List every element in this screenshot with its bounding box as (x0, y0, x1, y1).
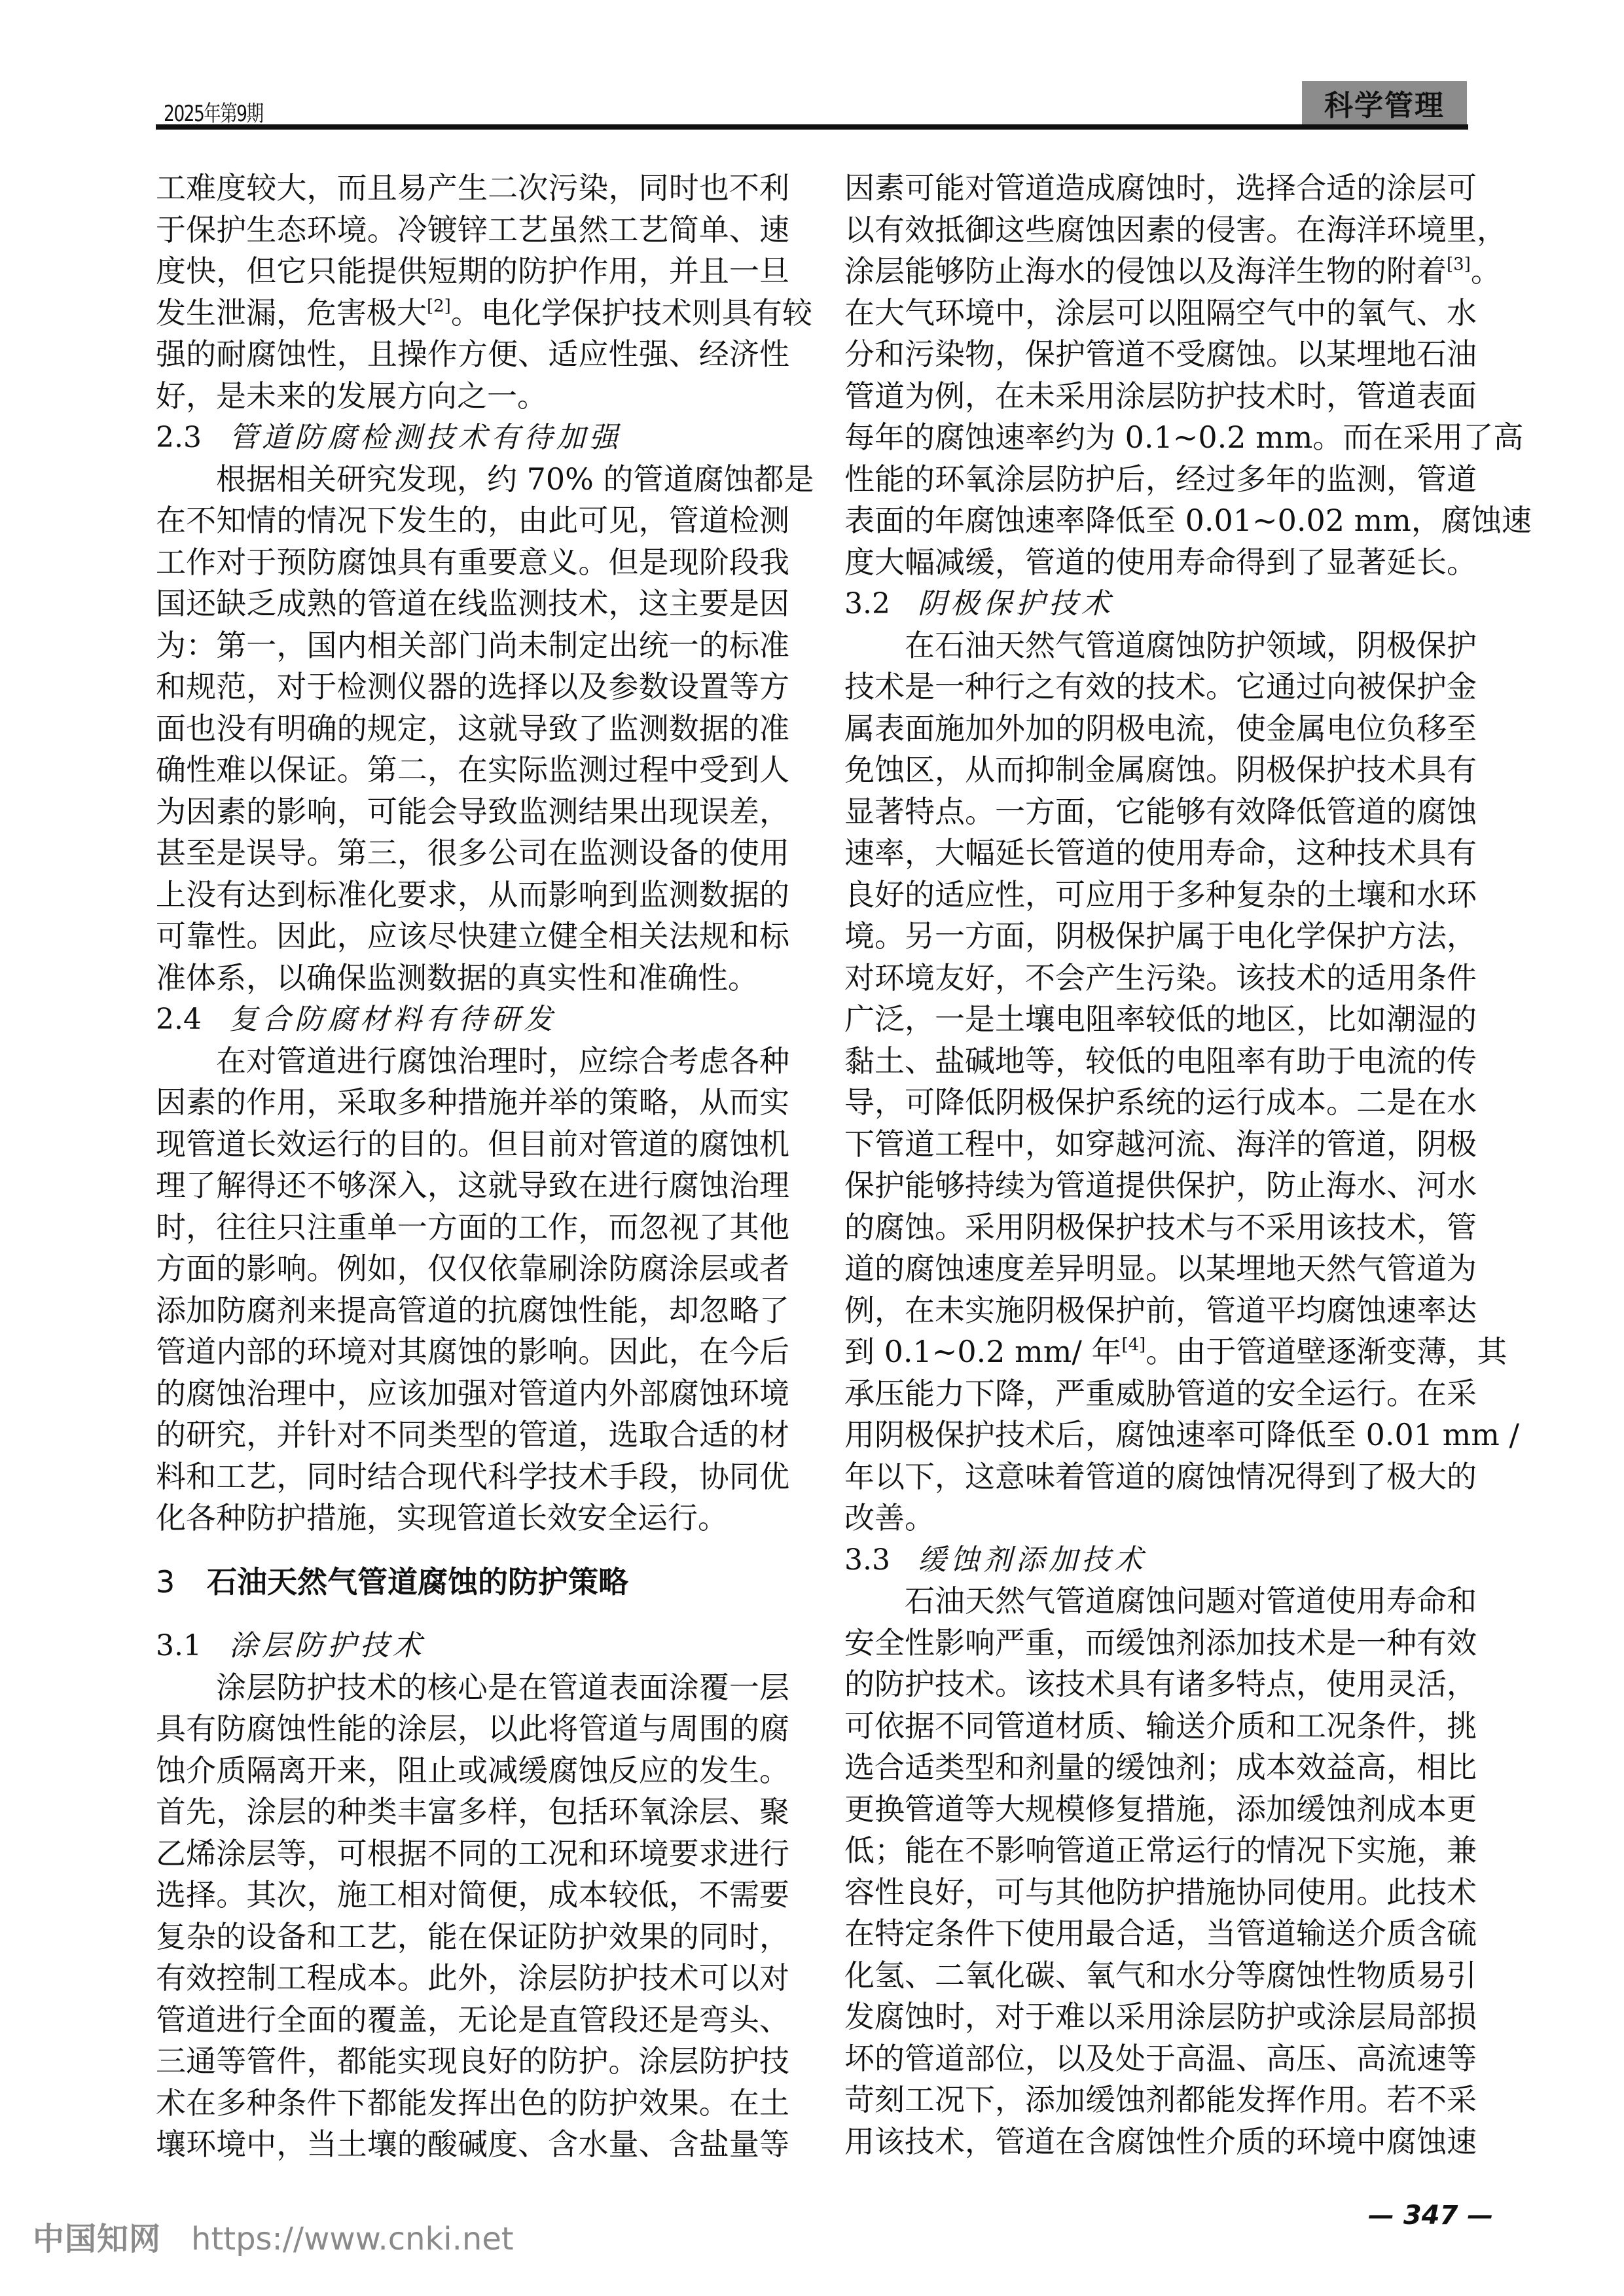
line-text: 因素的作用，采取多种措施并举的策略，从而实 (156, 1085, 789, 1120)
text-line: 因素可能对管道造成腐蚀时，选择合适的涂层可 (844, 168, 1468, 209)
line-text: 在不知情的情况下发生的，由此可见，管道检测 (156, 503, 789, 538)
text-line: 性能的环氧涂层防护后，经过多年的监测，管道 (844, 459, 1468, 501)
text-line: 有效控制工程成本。此外，涂层防护技术可以对 (156, 1958, 789, 2000)
text-line: 承压能力下降，严重威胁管道的安全运行。在采 (844, 1373, 1468, 1415)
spacer (156, 1603, 789, 1625)
line-text: 工难度较大，而且易产生二次污染，同时也不利 (156, 170, 789, 206)
line-text: 首先，涂层的种类丰富多样，包括环氧涂层、聚 (156, 1794, 789, 1829)
line-text: 坏的管道部位，以及处于高温、高压、高流速等 (844, 2041, 1477, 2076)
line-text: 三通等管件，都能实现良好的防护。涂层防护技 (156, 2043, 789, 2079)
line-text: 有效控制工程成本。此外，涂层防护技术可以对 (156, 1960, 789, 1996)
text-line: 表面的年腐蚀速率降低至 0.01~0.02 mm，腐蚀速 (844, 500, 1468, 542)
line-text: 工作对于预防腐蚀具有重要意义。但是现阶段我 (156, 545, 789, 580)
line-text: 管道进行全面的覆盖，无论是直管段还是弯头、 (156, 2002, 789, 2037)
text-line: 在大气环境中，涂层可以阻隔空气中的氧气、水 (844, 293, 1468, 334)
text-line: 度快，但它只能提供短期的防护作用，并且一旦 (156, 251, 789, 293)
line-text: 甚至是误导。第三，很多公司在监测设备的使用 (156, 835, 789, 870)
text-line: 化各种防护措施，实现管道长效安全运行。 (156, 1498, 789, 1539)
line-text: 在对管道进行腐蚀治理时，应综合考虑各种 (216, 1043, 789, 1079)
text-line: 管道内部的环境对其腐蚀的影响。因此，在今后 (156, 1331, 789, 1373)
text-line: 甚至是误导。第三，很多公司在监测设备的使用 (156, 833, 789, 874)
text-line: 强的耐腐蚀性，且操作方便、适应性强、经济性 (156, 334, 789, 376)
text-line: 确性难以保证。第二，在实际监测过程中受到人 (156, 749, 789, 791)
heading-title: 石油天然气管道腐蚀的防护策略 (207, 1564, 628, 1600)
line-text: 添加防腐剂来提高管道的抗腐蚀性能，却忽略了 (156, 1293, 789, 1328)
line-text: 良好的适应性，可应用于多种复杂的土壤和水环 (844, 877, 1477, 912)
subsection-heading: 2.3管道防腐检测技术有待加强 (156, 417, 789, 459)
text-line: 复杂的设备和工艺，能在保证防护效果的同时， (156, 1916, 789, 1958)
text-line: 具有防腐蚀性能的涂层，以此将管道与周围的腐 (156, 1708, 789, 1750)
line-text: 在石油天然气管道腐蚀防护领域，阴极保护 (905, 628, 1477, 663)
text-line: 因素的作用，采取多种措施并举的策略，从而实 (156, 1082, 789, 1124)
line-text: 导，可降低阴极保护系统的运行成本。二是在水 (844, 1085, 1477, 1120)
heading-title: 阴极保护技术 (918, 587, 1114, 620)
line-text: 复杂的设备和工艺，能在保证防护效果的同时， (156, 1919, 789, 1954)
text-line: 为：第一，国内相关部门尚未制定出统一的标准 (156, 625, 789, 667)
line-text: 发腐蚀时，对于难以采用涂层防护或涂层局部损 (844, 1999, 1477, 2034)
text-line: 工难度较大，而且易产生二次污染，同时也不利 (156, 168, 789, 209)
line-text: 选合适类型和剂量的缓蚀剂；成本效益高，相比 (844, 1749, 1477, 1785)
line-text: 安全性影响严重，而缓蚀剂添加技术是一种有效 (844, 1625, 1477, 1660)
line-text: 因素可能对管道造成腐蚀时，选择合适的涂层可 (844, 170, 1477, 206)
heading-title: 管道防腐检测技术有待加强 (229, 421, 622, 454)
line-text: 下管道工程中，如穿越河流、海洋的管道，阴极 (844, 1126, 1477, 1162)
heading-number: 2.3 (156, 417, 229, 459)
line-text: 以有效抵御这些腐蚀因素的侵害。在海洋环境里， (844, 212, 1507, 247)
line-text: 技术是一种行之有效的技术。它通过向被保护金 (844, 669, 1477, 704)
heading-title: 复合防腐材料有待研发 (229, 1003, 556, 1036)
watermark-url: https://www.cnki.net (191, 2221, 514, 2257)
line-text: 低；能在不影响管道正常运行的情况下实施，兼 (844, 1833, 1477, 1868)
line-text: 到 0.1~0.2 mm/ 年 (844, 1334, 1121, 1369)
line-text: 准体系，以确保监测数据的真实性和准确性。 (156, 960, 758, 996)
text-line: 在对管道进行腐蚀治理时，应综合考虑各种 (156, 1041, 789, 1083)
text-line: 良好的适应性，可应用于多种复杂的土壤和水环 (844, 874, 1468, 916)
text-line: 和规范，对于检测仪器的选择以及参数设置等方 (156, 666, 789, 708)
line-text: 例，在未实施阴极保护前，管道平均腐蚀速率达 (844, 1293, 1477, 1328)
line-text: 壤环境中，当土壤的酸碱度、含水量、含盐量等 (156, 2126, 789, 2162)
line-text: 可靠性。因此，应该尽快建立健全相关法规和标 (156, 918, 789, 954)
line-text: 于保护生态环境。冷镀锌工艺虽然工艺简单、速 (156, 212, 789, 247)
line-text: 术在多种条件下都能发挥出色的防护效果。在土 (156, 2085, 789, 2121)
line-text: 表面的年腐蚀速率降低至 0.01~0.02 mm，腐蚀速 (844, 503, 1532, 538)
journal-name-box: 科学管理 (1302, 81, 1467, 124)
text-line: 壤环境中，当土壤的酸碱度、含水量、含盐量等 (156, 2124, 789, 2166)
line-text: 分和污染物，保护管道不受腐蚀。以某埋地石油 (844, 336, 1477, 372)
line-text: 发生泄漏，危害极大 (156, 295, 427, 331)
running-header: 2025年第9期 科学管理 (156, 77, 1468, 128)
text-line: 可依据不同管道材质、输送介质和工况条件，挑 (844, 1706, 1468, 1748)
text-line: 选合适类型和剂量的缓蚀剂；成本效益高，相比 (844, 1747, 1468, 1789)
text-line: 方面的影响。例如，仅仅依靠刷涂防腐涂层或者 (156, 1248, 789, 1290)
text-line: 涂层防护技术的核心是在管道表面涂覆一层 (156, 1667, 789, 1709)
text-line: 道的腐蚀速度差异明显。以某埋地天然气管道为 (844, 1248, 1468, 1290)
line-text: 理了解得还不够深入，这就导致在进行腐蚀治理 (156, 1168, 789, 1203)
text-line: 国还缺乏成熟的管道在线监测技术，这主要是因 (156, 583, 789, 625)
text-line: 首先，涂层的种类丰富多样，包括环氧涂层、聚 (156, 1791, 789, 1833)
text-line: 好，是未来的发展方向之一。 (156, 376, 789, 418)
text-line: 化氢、二氧化碳、氧气和水分等腐蚀性物质易引 (844, 1955, 1468, 1997)
text-line: 添加防腐剂来提高管道的抗腐蚀性能，却忽略了 (156, 1290, 789, 1332)
text-line: 料和工艺，同时结合现代科学技术手段，协同优 (156, 1456, 789, 1498)
text-line: 改善。 (844, 1498, 1468, 1539)
line-text: 现管道长效运行的目的。但目前对管道的腐蚀机 (156, 1126, 789, 1162)
line-text-after: 。由于管道壁逐渐变薄，其 (1146, 1334, 1507, 1369)
line-text: 用阴极保护技术后，腐蚀速率可降低至 0.01 mm / (844, 1417, 1519, 1452)
heading-number: 3 (156, 1562, 207, 1604)
line-text: 管道内部的环境对其腐蚀的影响。因此，在今后 (156, 1334, 789, 1369)
text-line: 度大幅减缓，管道的使用寿命得到了显著延长。 (844, 542, 1468, 584)
text-line: 用该技术，管道在含腐蚀性介质的环境中腐蚀速 (844, 2121, 1468, 2163)
citation-ref: [3] (1447, 255, 1471, 274)
line-text: 涂层防护技术的核心是在管道表面涂覆一层 (216, 1670, 789, 1705)
line-text: 黏土、盐碱地等，较低的电阻率有助于电流的传 (844, 1043, 1477, 1079)
page-number: — 347 — (1368, 2200, 1493, 2231)
text-line: 管道进行全面的覆盖，无论是直管段还是弯头、 (156, 2000, 789, 2041)
line-text: 方面的影响。例如，仅仅依靠刷涂防腐涂层或者 (156, 1251, 789, 1286)
line-text: 涂层能够防止海水的侵蚀以及海洋生物的附着 (844, 253, 1447, 289)
line-text: 管道为例，在未采用涂层防护技术时，管道表面 (844, 378, 1477, 414)
line-text: 化氢、二氧化碳、氧气和水分等腐蚀性物质易引 (844, 1958, 1477, 1993)
right-column: 因素可能对管道造成腐蚀时，选择合适的涂层可以有效抵御这些腐蚀因素的侵害。在海洋环… (844, 168, 1468, 2162)
text-line: 在特定条件下使用最合适，当管道输送介质含硫 (844, 1913, 1468, 1955)
heading-number: 2.4 (156, 999, 229, 1041)
text-line: 的防护技术。该技术具有诸多特点，使用灵活， (844, 1664, 1468, 1706)
line-text: 容性良好，可与其他防护措施协同使用。此技术 (844, 1874, 1477, 1910)
text-line: 面也没有明确的规定，这就导致了监测数据的准 (156, 708, 789, 750)
text-line: 在石油天然气管道腐蚀防护领域，阴极保护 (844, 625, 1468, 667)
line-text-after: 。电化学保护技术则具有较 (451, 295, 812, 331)
text-line: 时，往往只注重单一方面的工作，而忽视了其他 (156, 1207, 789, 1249)
text-line: 工作对于预防腐蚀具有重要意义。但是现阶段我 (156, 542, 789, 584)
line-text: 属表面施加外加的阴极电流，使金属电位负移至 (844, 711, 1477, 746)
line-text: 时，往往只注重单一方面的工作，而忽视了其他 (156, 1210, 789, 1245)
line-text: 用该技术，管道在含腐蚀性介质的环境中腐蚀速 (844, 2124, 1477, 2159)
journal-name: 科学管理 (1324, 82, 1445, 124)
text-line: 保护能够持续为管道提供保护，防止海水、河水 (844, 1165, 1468, 1207)
line-text: 蚀介质隔离开来，阻止或减缓腐蚀反应的发生。 (156, 1753, 789, 1788)
text-line: 分和污染物，保护管道不受腐蚀。以某埋地石油 (844, 334, 1468, 376)
text-line: 乙烯涂层等，可根据不同的工况和环境要求进行 (156, 1833, 789, 1875)
text-line: 低；能在不影响管道正常运行的情况下实施，兼 (844, 1830, 1468, 1872)
line-text: 在大气环境中，涂层可以阻隔空气中的氧气、水 (844, 295, 1477, 331)
text-line: 更换管道等大规模修复措施，添加缓蚀剂成本更 (844, 1789, 1468, 1831)
spacer (156, 1539, 789, 1562)
line-text: 料和工艺，同时结合现代科学技术手段，协同优 (156, 1459, 789, 1494)
text-line: 可靠性。因此，应该尽快建立健全相关法规和标 (156, 916, 789, 958)
line-text: 承压能力下降，严重威胁管道的安全运行。在采 (844, 1376, 1477, 1411)
section-heading: 3石油天然气管道腐蚀的防护策略 (156, 1562, 789, 1604)
heading-title: 缓蚀剂添加技术 (918, 1543, 1147, 1577)
line-text: 上没有达到标准化要求，从而影响到监测数据的 (156, 877, 789, 912)
text-line: 坏的管道部位，以及处于高温、高压、高流速等 (844, 2038, 1468, 2080)
line-text: 更换管道等大规模修复措施，添加缓蚀剂成本更 (844, 1791, 1477, 1827)
heading-number: 3.2 (844, 583, 918, 625)
line-text: 免蚀区，从而抑制金属腐蚀。阴极保护技术具有 (844, 752, 1477, 787)
text-line: 上没有达到标准化要求，从而影响到监测数据的 (156, 874, 789, 916)
line-text: 在特定条件下使用最合适，当管道输送介质含硫 (844, 1916, 1477, 1951)
text-line: 免蚀区，从而抑制金属腐蚀。阴极保护技术具有 (844, 749, 1468, 791)
heading-number: 3.3 (844, 1539, 918, 1581)
text-line: 涂层能够防止海水的侵蚀以及海洋生物的附着[3]。 (844, 251, 1468, 293)
text-line: 年以下，这意味着管道的腐蚀情况得到了极大的 (844, 1456, 1468, 1498)
header-rule (156, 124, 1468, 130)
text-line: 发生泄漏，危害极大[2]。电化学保护技术则具有较 (156, 293, 789, 334)
text-line: 属表面施加外加的阴极电流，使金属电位负移至 (844, 708, 1468, 750)
text-line: 蚀介质隔离开来，阻止或减缓腐蚀反应的发生。 (156, 1750, 789, 1792)
line-text: 的防护技术。该技术具有诸多特点，使用灵活， (844, 1666, 1477, 1702)
text-line: 对环境友好，不会产生污染。该技术的适用条件 (844, 958, 1468, 999)
line-text: 显著特点。一方面，它能够有效降低管道的腐蚀 (844, 794, 1477, 829)
text-line: 发腐蚀时，对于难以采用涂层防护或涂层局部损 (844, 1996, 1468, 2038)
text-line: 准体系，以确保监测数据的真实性和准确性。 (156, 958, 789, 999)
text-line: 苛刻工况下，添加缓蚀剂都能发挥作用。若不采 (844, 2079, 1468, 2121)
line-text: 乙烯涂层等，可根据不同的工况和环境要求进行 (156, 1836, 789, 1871)
subsection-heading: 3.3缓蚀剂添加技术 (844, 1539, 1468, 1581)
line-text: 强的耐腐蚀性，且操作方便、适应性强、经济性 (156, 336, 789, 372)
line-text: 和规范，对于检测仪器的选择以及参数设置等方 (156, 669, 789, 704)
text-line: 显著特点。一方面，它能够有效降低管道的腐蚀 (844, 791, 1468, 833)
text-line: 下管道工程中，如穿越河流、海洋的管道，阴极 (844, 1124, 1468, 1166)
line-text: 每年的腐蚀速率约为 0.1~0.2 mm。而在采用了高 (844, 420, 1523, 455)
line-text: 速率，大幅延长管道的使用寿命，这种技术具有 (844, 835, 1477, 870)
text-line: 安全性影响严重，而缓蚀剂添加技术是一种有效 (844, 1623, 1468, 1664)
text-line: 于保护生态环境。冷镀锌工艺虽然工艺简单、速 (156, 209, 789, 251)
line-text: 国还缺乏成熟的管道在线监测技术，这主要是因 (156, 586, 789, 621)
heading-number: 3.1 (156, 1625, 229, 1667)
citation-ref: [4] (1121, 1335, 1146, 1355)
line-text: 苛刻工况下，添加缓蚀剂都能发挥作用。若不采 (844, 2082, 1477, 2117)
text-line: 用阴极保护技术后，腐蚀速率可降低至 0.01 mm / (844, 1414, 1468, 1456)
text-line: 术在多种条件下都能发挥出色的防护效果。在土 (156, 2083, 789, 2125)
text-line: 为因素的影响，可能会导致监测结果出现误差， (156, 791, 789, 833)
text-line: 黏土、盐碱地等，较低的电阻率有助于电流的传 (844, 1041, 1468, 1083)
text-line: 到 0.1~0.2 mm/ 年[4]。由于管道壁逐渐变薄，其 (844, 1331, 1468, 1373)
line-text: 度大幅减缓，管道的使用寿命得到了显著延长。 (844, 545, 1477, 580)
line-text: 选择。其次，施工相对简便，成本较低，不需要 (156, 1877, 789, 1912)
text-line: 三通等管件，都能实现良好的防护。涂层防护技 (156, 2041, 789, 2083)
issue-label: 2025年第9期 (164, 96, 262, 128)
line-text: 的腐蚀。采用阴极保护技术与不采用该技术，管 (844, 1210, 1477, 1245)
line-text: 可依据不同管道材质、输送介质和工况条件，挑 (844, 1708, 1477, 1744)
citation-ref: [2] (427, 296, 451, 316)
text-line: 理了解得还不够深入，这就导致在进行腐蚀治理 (156, 1165, 789, 1207)
left-column: 工难度较大，而且易产生二次污染，同时也不利于保护生态环境。冷镀锌工艺虽然工艺简单… (156, 168, 789, 2166)
text-line: 以有效抵御这些腐蚀因素的侵害。在海洋环境里， (844, 209, 1468, 251)
text-line: 的腐蚀治理中，应该加强对管道内外部腐蚀环境 (156, 1373, 789, 1415)
line-text: 化各种防护措施，实现管道长效安全运行。 (156, 1500, 728, 1535)
subsection-heading: 3.1涂层防护技术 (156, 1625, 789, 1667)
text-line: 石油天然气管道腐蚀问题对管道使用寿命和 (844, 1581, 1468, 1623)
text-line: 选择。其次，施工相对简便，成本较低，不需要 (156, 1874, 789, 1916)
text-line: 管道为例，在未采用涂层防护技术时，管道表面 (844, 376, 1468, 418)
subsection-heading: 2.4复合防腐材料有待研发 (156, 999, 789, 1041)
text-line: 境。另一方面，阴极保护属于电化学保护方法， (844, 916, 1468, 958)
text-line: 现管道长效运行的目的。但目前对管道的腐蚀机 (156, 1124, 789, 1166)
line-text: 道的腐蚀速度差异明显。以某埋地天然气管道为 (844, 1251, 1477, 1286)
line-text: 的研究，并针对不同类型的管道，选取合适的材 (156, 1417, 789, 1452)
line-text: 度快，但它只能提供短期的防护作用，并且一旦 (156, 253, 789, 289)
line-text: 面也没有明确的规定，这就导致了监测数据的准 (156, 711, 789, 746)
line-text: 为因素的影响，可能会导致监测结果出现误差， (156, 794, 789, 829)
line-text: 确性难以保证。第二，在实际监测过程中受到人 (156, 752, 789, 787)
line-text: 对环境友好，不会产生污染。该技术的适用条件 (844, 960, 1477, 996)
line-text: 为：第一，国内相关部门尚未制定出统一的标准 (156, 628, 789, 663)
text-line: 的研究，并针对不同类型的管道，选取合适的材 (156, 1414, 789, 1456)
subsection-heading: 3.2阴极保护技术 (844, 583, 1468, 625)
line-text: 好，是未来的发展方向之一。 (156, 378, 547, 414)
line-text: 的腐蚀治理中，应该加强对管道内外部腐蚀环境 (156, 1376, 789, 1411)
text-line: 每年的腐蚀速率约为 0.1~0.2 mm。而在采用了高 (844, 417, 1468, 459)
line-text: 保护能够持续为管道提供保护，防止海水、河水 (844, 1168, 1477, 1203)
line-text: 性能的环氧涂层防护后，经过多年的监测，管道 (844, 461, 1477, 497)
text-line: 速率，大幅延长管道的使用寿命，这种技术具有 (844, 833, 1468, 874)
text-line: 根据相关研究发现，约 70% 的管道腐蚀都是 (156, 459, 789, 501)
line-text: 境。另一方面，阴极保护属于电化学保护方法， (844, 918, 1477, 954)
line-text: 年以下，这意味着管道的腐蚀情况得到了极大的 (844, 1459, 1477, 1494)
text-line: 在不知情的情况下发生的，由此可见，管道检测 (156, 500, 789, 542)
watermark-site: 中国知网 (33, 2221, 161, 2257)
line-text: 根据相关研究发现，约 70% 的管道腐蚀都是 (216, 461, 814, 497)
text-line: 例，在未实施阴极保护前，管道平均腐蚀速率达 (844, 1290, 1468, 1332)
line-text: 具有防腐蚀性能的涂层，以此将管道与周围的腐 (156, 1711, 789, 1746)
text-line: 导，可降低阴极保护系统的运行成本。二是在水 (844, 1082, 1468, 1124)
text-line: 的腐蚀。采用阴极保护技术与不采用该技术，管 (844, 1207, 1468, 1249)
line-text: 改善。 (844, 1500, 935, 1535)
line-text: 石油天然气管道腐蚀问题对管道使用寿命和 (905, 1583, 1477, 1619)
text-line: 技术是一种行之有效的技术。它通过向被保护金 (844, 666, 1468, 708)
line-text-after: 。 (1471, 253, 1501, 289)
text-line: 容性良好，可与其他防护措施协同使用。此技术 (844, 1872, 1468, 1914)
line-text: 广泛，一是土壤电阻率较低的地区，比如潮湿的 (844, 1001, 1477, 1037)
heading-title: 涂层防护技术 (229, 1629, 425, 1662)
text-line: 广泛，一是土壤电阻率较低的地区，比如潮湿的 (844, 999, 1468, 1041)
cnki-watermark: 中国知网https://www.cnki.net (33, 2214, 514, 2259)
